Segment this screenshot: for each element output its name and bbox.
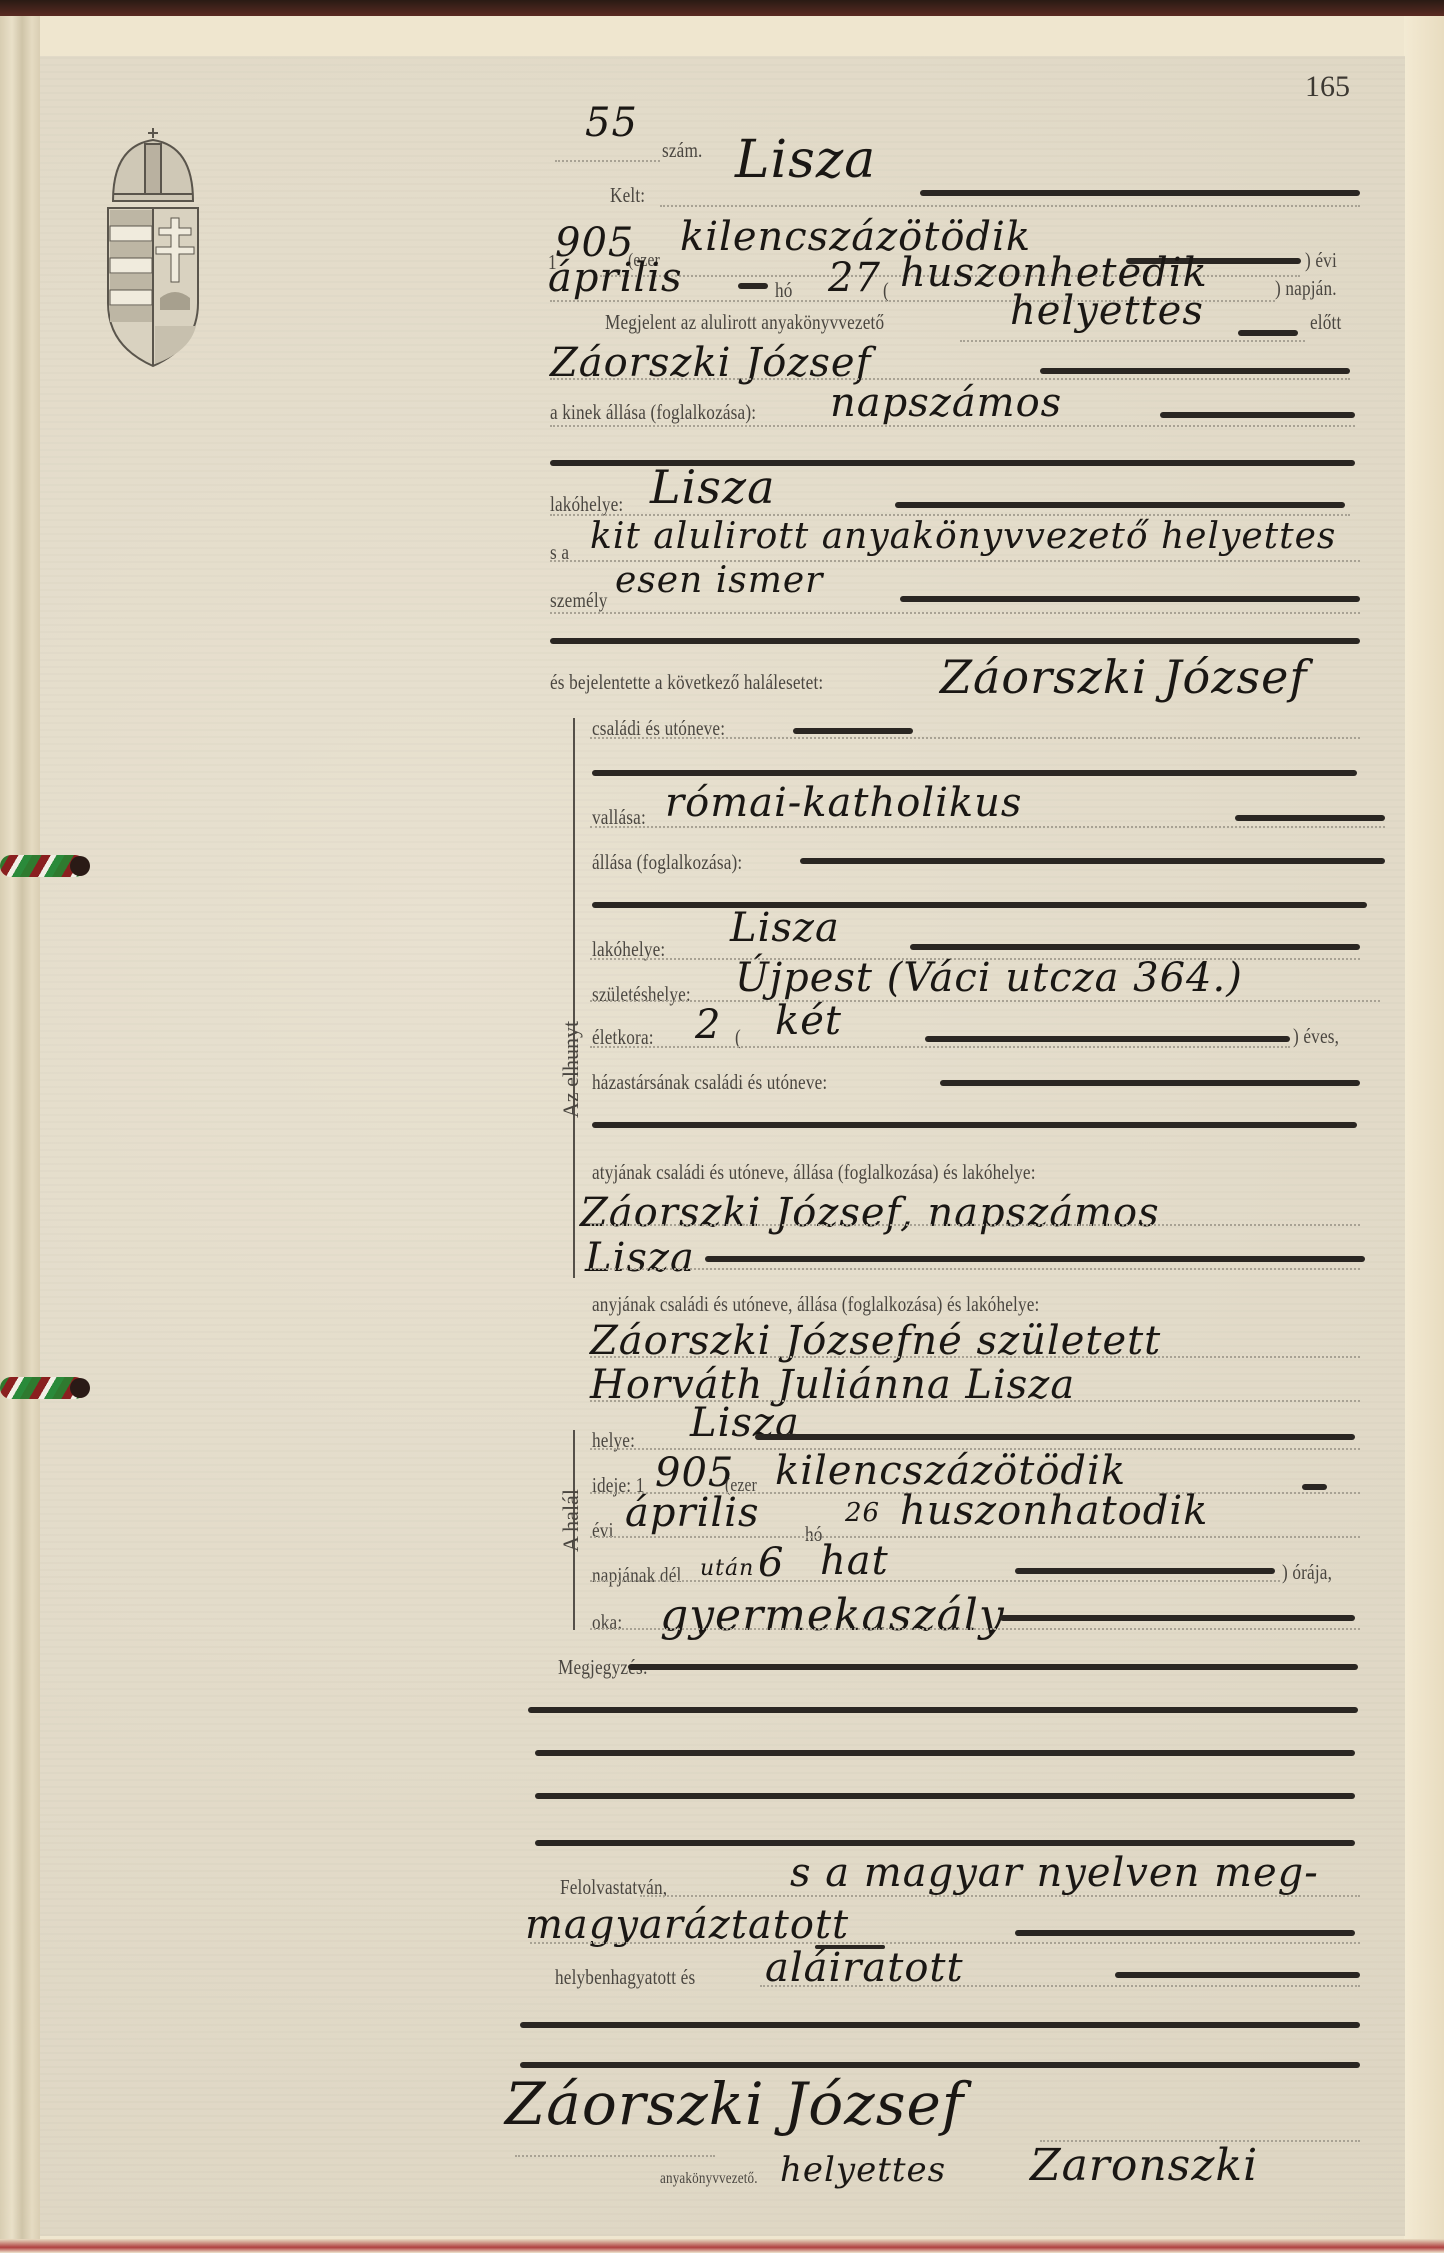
registrar-line (960, 340, 1305, 342)
deceased-residence-fill-bar (910, 944, 1360, 950)
registrar-role-signature: helyettes (780, 2150, 946, 2190)
death-year-fill-bar (1302, 1484, 1327, 1490)
informant-occupation-line (550, 425, 1355, 427)
book-top-edge (0, 0, 1444, 16)
informant-signature: Záorszki József (505, 2070, 964, 2138)
deceased-spouse-fill-bar (940, 1080, 1360, 1086)
deceased-name-line (590, 737, 1360, 739)
page-number: 165 (1305, 70, 1350, 104)
father-line-1-rule (590, 1224, 1360, 1226)
binding-cord-lower (0, 1377, 86, 1399)
read-line-2 (530, 1942, 1360, 1944)
death-cause-label: oka: (592, 1610, 622, 1635)
mother-label: anyjának családi és utóneve, állása (fog… (592, 1292, 1040, 1317)
deceased-section-label: Az elhunyt (558, 1021, 584, 1118)
approved-line (760, 1985, 1360, 1987)
closing-blank-bar-2 (520, 2062, 1360, 2068)
remarks-line-4 (535, 1793, 1355, 1799)
death-cause: gyermekaszály (660, 1590, 1005, 1641)
registrar-fill-bar (1238, 330, 1298, 336)
mother-line-1-rule (590, 1356, 1360, 1358)
identity-text-1: kit alulirott anyakönyvvezető helyettes (590, 516, 1336, 557)
entry-number-line (555, 160, 660, 162)
death-hour-period: után (700, 1556, 754, 1581)
remarks-line-3 (535, 1750, 1355, 1756)
remarks-fill-bar (628, 1664, 1358, 1670)
approved-label: helybenhagyatott és (555, 1965, 695, 1990)
father-line-1: Záorszki József, napszámos (580, 1190, 1160, 1236)
deceased-occupation-label: állása (foglalkozása): (592, 850, 742, 875)
kelt-place: Lisza (735, 130, 876, 190)
day-number: 27 (828, 255, 881, 301)
identity-fill-bar (900, 596, 1360, 602)
read-line-1 (640, 1895, 1360, 1897)
deceased-spouse-label: házastársának családi és utóneve: (592, 1070, 827, 1095)
informant-occupation-label: a kinek állása (foglalkozása): (550, 400, 756, 425)
read-fill-bar (1015, 1930, 1355, 1936)
father-fill-bar (705, 1256, 1365, 1262)
father-label: atyjának családi és utóneve, állása (fog… (592, 1160, 1036, 1185)
before-label: előtt (1310, 310, 1341, 335)
identity-text-2: esen ismer (615, 560, 823, 601)
informant-occupation-fill-bar (1160, 412, 1355, 418)
identity-line-2 (550, 612, 1360, 614)
death-cause-fill-bar (1000, 1615, 1355, 1621)
death-month: április (625, 1490, 759, 1536)
death-hour-suffix: ) órája, (1282, 1560, 1332, 1585)
informant-residence-fill-bar (895, 502, 1345, 508)
entry-number-label: szám. (662, 138, 703, 163)
death-hour-label: napjának dél (592, 1563, 681, 1588)
deceased-spouse-blank-bar (592, 1122, 1357, 1128)
hungarian-coat-of-arms-icon (98, 126, 208, 371)
deceased-age: 2 (695, 1002, 721, 1048)
identity-label-2: személy (550, 588, 608, 613)
kelt-fill-bar (920, 190, 1360, 196)
informant-name-fill-bar (1040, 368, 1350, 374)
page-right-margin (1404, 16, 1444, 2246)
death-cause-line (590, 1628, 1360, 1630)
death-hour-fill-bar (1015, 1568, 1275, 1574)
deceased-birthplace: Újpest (Váci utcza 364.) (735, 955, 1243, 1001)
deceased-name-blank-bar (592, 770, 1357, 776)
death-day-words: huszonhatodik (900, 1488, 1208, 1534)
approved-overline (815, 1945, 885, 1949)
deceased-occupation-blank-bar (592, 902, 1367, 908)
informant-signature-line (515, 2155, 715, 2157)
deceased-occupation-fill-bar (800, 858, 1385, 864)
month-fill-bar (738, 283, 768, 289)
deceased-religion-fill-bar (1235, 815, 1385, 821)
closing-blank-bar-1 (520, 2022, 1360, 2028)
deceased-age-words: két (775, 998, 842, 1044)
registrar-role: helyettes (1010, 288, 1204, 334)
announcement-label: és bejelentette a következő halálesetet: (550, 670, 823, 695)
death-hour-line (590, 1580, 1280, 1582)
binding-cord-upper (0, 855, 86, 877)
death-hour-words: hat (820, 1538, 889, 1584)
death-section-label: A halál (558, 1489, 584, 1552)
death-place-fill-bar (755, 1434, 1355, 1440)
informant-residence: Lisza (650, 460, 776, 514)
deceased-age-line (590, 1046, 1290, 1048)
registrar-signature: Zaronszki (1030, 2140, 1258, 2191)
deceased-religion-line (590, 826, 1385, 828)
day-suffix: ) napján. (1275, 276, 1337, 301)
registrar-signature-line (1040, 2140, 1360, 2142)
deceased-name: Záorszki József (940, 650, 1307, 704)
death-evi-label: évi (592, 1518, 614, 1543)
deceased-residence: Lisza (730, 905, 840, 951)
informant-occupation: napszámos (830, 380, 1062, 426)
deceased-birthplace-label: születéshelye: (592, 982, 691, 1007)
kelt-line (660, 205, 1360, 207)
father-line-2-rule (590, 1268, 1360, 1270)
book-spine (0, 16, 40, 2253)
death-day: 26 (845, 1498, 880, 1528)
kelt-label: Kelt: (610, 183, 645, 208)
book-bottom-edge (0, 2239, 1444, 2253)
read-text-1: s a magyar nyelven meg- (790, 1850, 1319, 1896)
remarks-line-2 (528, 1707, 1358, 1713)
deceased-religion: római-katholikus (665, 780, 1022, 826)
entry-number: 55 (585, 100, 638, 146)
month: április (548, 255, 682, 301)
approved-fill-bar (1115, 1972, 1360, 1978)
deceased-name-fill-bar (793, 728, 913, 734)
deceased-age-suffix: ) éves, (1293, 1024, 1339, 1049)
remarks-line-5 (535, 1840, 1355, 1846)
appeared-label: Megjelent az alulirott anyakönyvvezető (605, 310, 884, 335)
identity-blank-bar (550, 638, 1360, 644)
father-line-2: Lisza (585, 1235, 695, 1281)
registrar-label: anyakönyvvezető. (660, 2170, 758, 2188)
year-suffix: ) évi (1305, 248, 1337, 273)
deceased-age-fill-bar (925, 1036, 1290, 1042)
death-day-line (590, 1536, 1360, 1538)
